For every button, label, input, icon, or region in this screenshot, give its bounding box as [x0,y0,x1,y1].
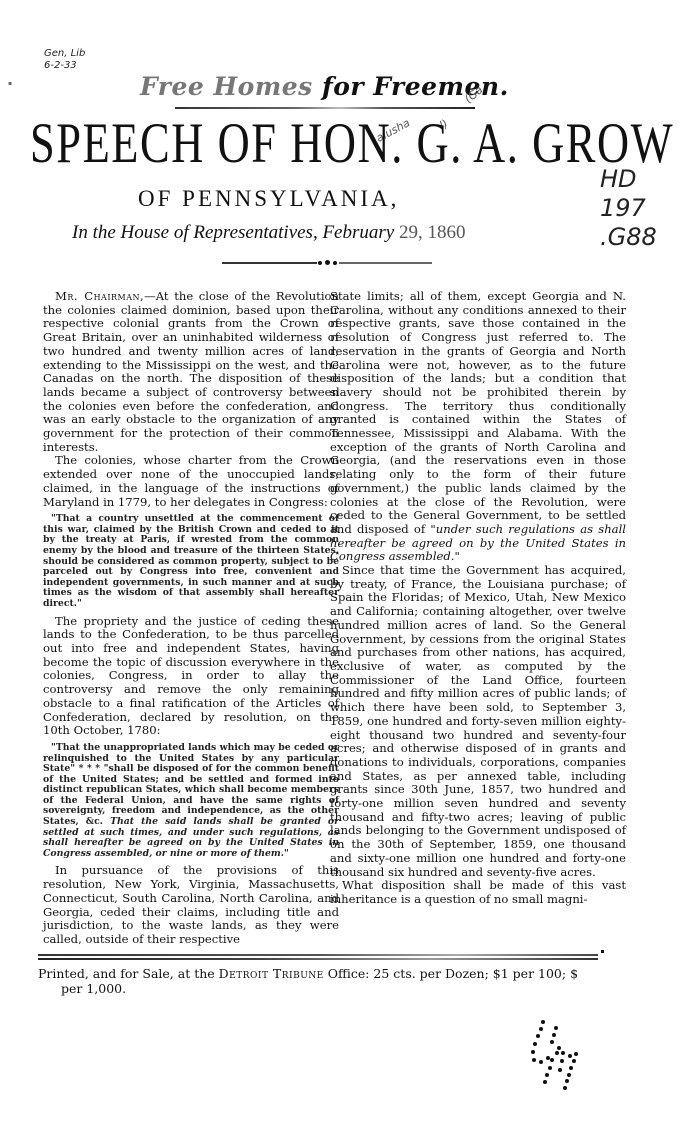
accession-line-2: 6-2-33 [44,60,85,72]
top-divider-rule [175,107,475,109]
call-number-line: HD [600,165,657,194]
imprint-prefix: Printed, and for Sale, at the [38,966,219,981]
left-text-column: Mr. Chairman,—At the close of the Revolu… [43,290,339,947]
right-text-column: State limits; all of them, except Georgi… [330,290,626,907]
bottom-double-rule [38,954,598,959]
page-title: SPEECH OF HON. G. A. GROW [30,110,482,178]
paragraph: Since that time the Government has acqui… [330,564,626,879]
ornamental-divider [222,259,432,267]
perforation-stamp-icon [528,1018,588,1090]
dateline-date: 29, 1860 [399,222,466,243]
salutation: Mr. Chairman, [55,289,144,303]
imprint-suffix: Office: 25 cts. per Dozen; $1 per 100; $ [324,966,578,981]
rule-speck [601,950,604,953]
block-quote-resolution: "That the unappropriated lands which may… [43,743,339,860]
block-quote-maryland: "That a country unsettled at the commenc… [43,514,339,609]
call-number-line: 197 [600,194,657,223]
dateline: In the House of Representatives, Februar… [72,222,582,244]
dateline-prefix: In the House of Representatives, Februar… [72,222,399,243]
call-number-line: .G88 [600,223,657,252]
imprint-line-2: per 1,000. [38,981,658,996]
quote-text: "That the unappropriated lands which may… [43,742,339,827]
paragraph-text: State limits; all of them, except Georgi… [330,289,626,536]
paragraph-text: —At the close of the Revolution the colo… [43,289,339,454]
motto-faint-part: Free Homes [140,72,313,101]
imprint-line-1: Printed, and for Sale, at the Detroit Tr… [38,966,658,981]
paragraph: State limits; all of them, except Georgi… [330,290,626,564]
subtitle-state: OF PENNSYLVANIA, [138,186,518,212]
paragraph: In pursuance of the provisions of this r… [43,864,339,946]
printer-imprint: Printed, and for Sale, at the Detroit Tr… [38,966,658,996]
paragraph: What disposition shall be made of this v… [330,879,626,906]
handwritten-accession-note: Gen, Lib 6-2-33 [44,48,85,72]
accession-line-1: Gen, Lib [44,48,85,60]
margin-speck: ▪ [8,80,12,87]
imprint-office: Detroit Tribune [219,966,324,981]
paragraph: Mr. Chairman,—At the close of the Revolu… [43,290,339,454]
call-number: HD 197 .G88 [600,165,657,252]
paragraph: The propriety and the justice of ceding … [43,615,339,738]
paragraph: The colonies, whose charter from the Cro… [43,454,339,509]
